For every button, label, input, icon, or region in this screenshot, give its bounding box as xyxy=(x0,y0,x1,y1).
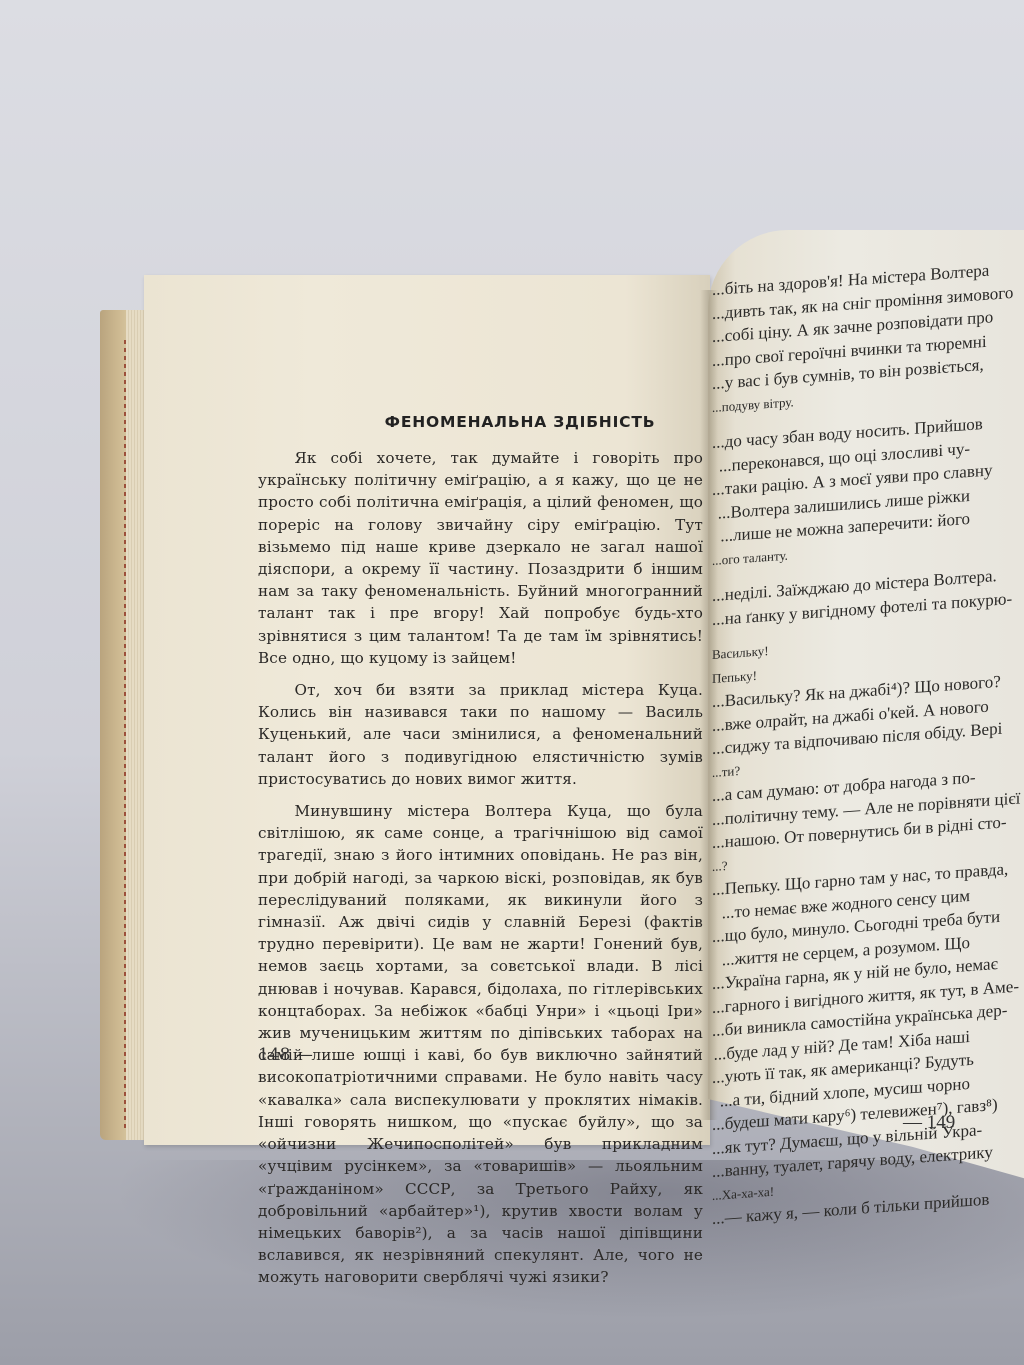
page-number-left: 148 — xyxy=(258,1045,313,1065)
left-page-body: Як собі хочете, так думайте і говоріть п… xyxy=(258,447,703,1289)
chapter-title: ФЕНОМЕНАЛЬНА ЗДІБНІСТЬ xyxy=(370,413,670,431)
right-page-body: ...біть на здоров'я! На містера Волтера … xyxy=(712,260,970,1231)
paragraph-2: От, хоч би взяти за приклад містера Куца… xyxy=(258,679,703,790)
paragraph-1: Як собі хочете, так думайте і говоріть п… xyxy=(258,447,703,669)
page-number-right: — 149 xyxy=(903,1112,955,1134)
paragraph-3: Минувшину містера Волтера Куца, що була … xyxy=(258,800,703,1288)
